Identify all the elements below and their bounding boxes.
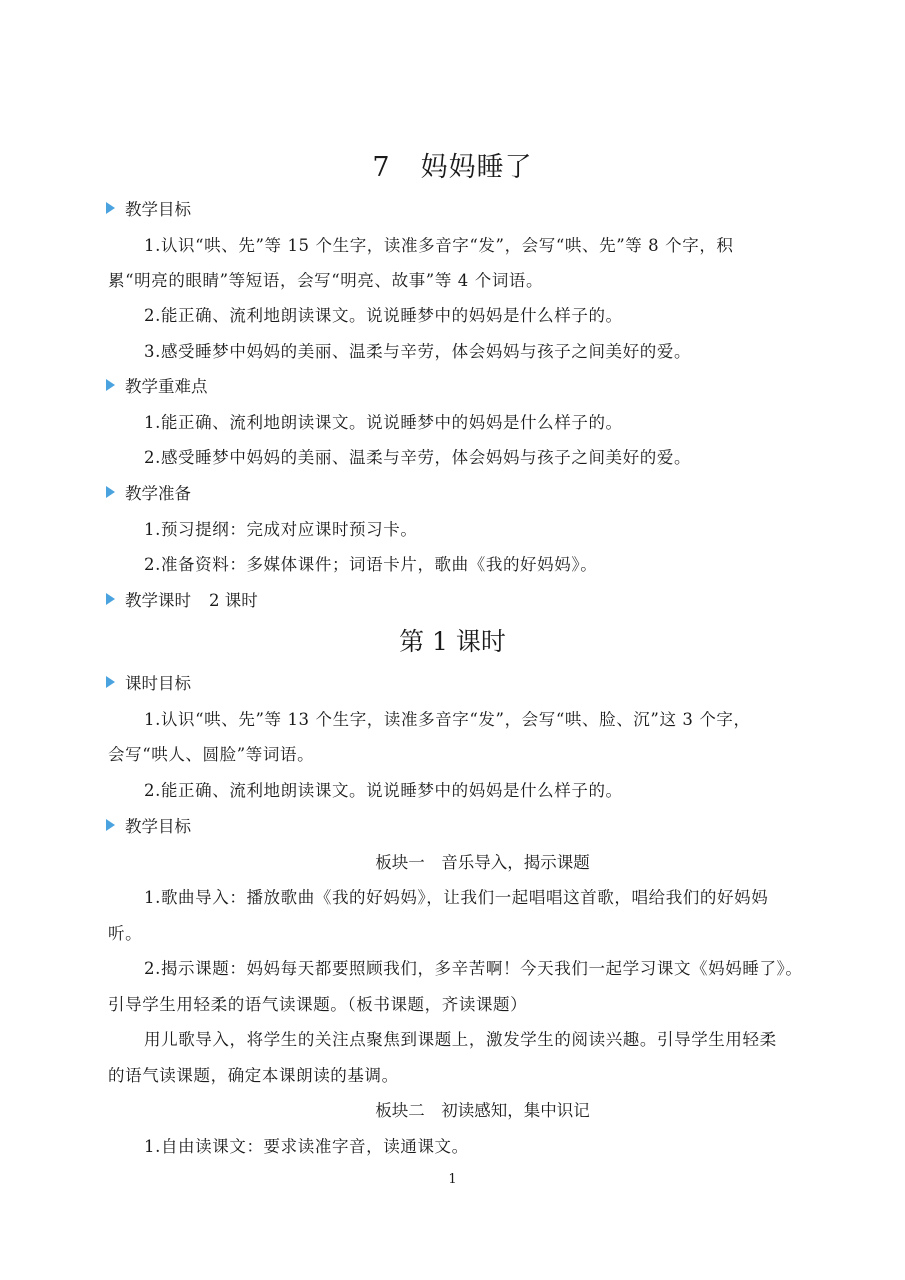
document-page: 7妈妈睡了 教学目标 1.认识“哄、先”等 15 个生字，读准多音字“发”，会写… [0, 0, 905, 1280]
key-point-line: 1.能正确、流利地朗读课文。说说睡梦中的妈妈是什么样子的。 [144, 409, 623, 433]
preparation-line: 2.准备资料：多媒体课件；词语卡片，歌曲《我的好妈妈》。 [144, 551, 597, 575]
block-title: 板块二 初读感知，集中识记 [0, 1097, 905, 1121]
section-heading-preparation: 教学准备 [106, 480, 191, 504]
triangle-bullet-icon [106, 676, 115, 688]
heading-label: 教学重难点 [125, 373, 208, 397]
section-heading-teaching-goals: 教学目标 [106, 196, 191, 220]
key-point-line: 2.感受睡梦中妈妈的美丽、温柔与辛劳，体会妈妈与孩子之间美好的爱。 [144, 444, 691, 468]
triangle-bullet-icon [106, 486, 115, 498]
block-line: 引导学生用轻柔的语气读课题。（板书课题，齐读课题） [108, 991, 527, 1015]
goal-line: 累“明亮的眼睛”等短语，会写“明亮、故事”等 4 个词语。 [108, 267, 543, 291]
lesson-goal-line: 会写“哄人、圆脸”等词语。 [108, 741, 314, 765]
block-line: 1.自由读课文：要求读准字音，读通课文。 [144, 1133, 469, 1157]
section-heading-lesson-goals: 课时目标 [106, 670, 191, 694]
block-line: 的语气读课题，确定本课朗读的基调。 [108, 1062, 399, 1086]
block-line: 用儿歌导入，将学生的关注点聚焦到课题上，激发学生的阅读兴趣。引导学生用轻柔 [144, 1026, 777, 1050]
triangle-bullet-icon [106, 593, 115, 605]
heading-label: 教学目标 [125, 196, 191, 220]
goal-line: 1.认识“哄、先”等 15 个生字，读准多音字“发”，会写“哄、先”等 8 个字… [144, 232, 734, 256]
triangle-bullet-icon [106, 379, 115, 391]
lesson-goal-line: 2.能正确、流利地朗读课文。说说睡梦中的妈妈是什么样子的。 [144, 777, 623, 801]
goal-line: 3.感受睡梦中妈妈的美丽、温柔与辛劳，体会妈妈与孩子之间美好的爱。 [144, 338, 691, 362]
heading-label: 课时目标 [125, 670, 191, 694]
class-hours-value: 2 课时 [209, 587, 258, 611]
lesson-title: 第 1 课时 [0, 622, 905, 658]
block-title: 板块一 音乐导入，揭示课题 [0, 849, 905, 873]
heading-label: 教学课时 [125, 587, 191, 611]
section-heading-key-points: 教学重难点 [106, 373, 208, 397]
title-number: 7 [372, 152, 390, 183]
block-line: 1.歌曲导入：播放歌曲《我的好妈妈》，让我们一起唱唱这首歌，唱给我们的好妈妈 [144, 884, 768, 908]
triangle-bullet-icon [106, 202, 115, 214]
heading-label: 教学准备 [125, 480, 191, 504]
goal-line: 2.能正确、流利地朗读课文。说说睡梦中的妈妈是什么样子的。 [144, 302, 623, 326]
page-number: 1 [0, 1172, 905, 1187]
section-heading-class-hours: 教学课时 2 课时 [106, 587, 258, 611]
heading-label: 教学目标 [125, 813, 191, 837]
block-line: 2.揭示课题：妈妈每天都要照顾我们，多辛苦啊！今天我们一起学习课文《妈妈睡了》。 [144, 955, 803, 979]
lesson-goal-line: 1.认识“哄、先”等 13 个生字，读准多音字“发”，会写“哄、脸、沉”这 3 … [144, 706, 751, 730]
section-heading-process: 教学目标 [106, 813, 191, 837]
triangle-bullet-icon [106, 819, 115, 831]
block-line: 听。 [108, 920, 142, 944]
page-title: 7妈妈睡了 [0, 145, 905, 184]
preparation-line: 1.预习提纲：完成对应课时预习卡。 [144, 516, 417, 540]
title-text: 妈妈睡了 [421, 152, 533, 183]
